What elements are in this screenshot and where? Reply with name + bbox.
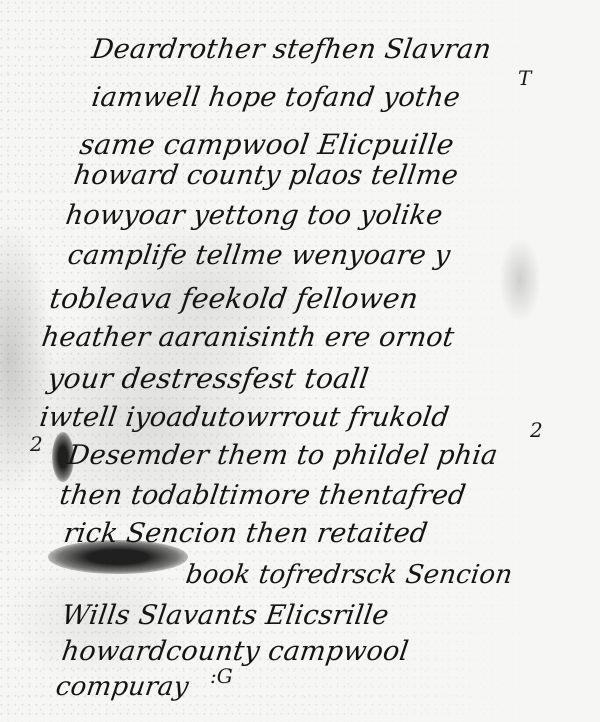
letter-line-16: howardcounty campwool <box>60 636 411 667</box>
left-margin-number: 2 <box>30 432 43 456</box>
letter-line-14: book tofredrsck Sencion <box>184 560 515 590</box>
signature-mark: :G <box>210 664 233 688</box>
letter-line-13: rick Sencion then retaited <box>62 518 430 549</box>
letter-line-4: howard county plaos tellme <box>72 160 460 191</box>
letter-line-2: iamwell hope tofand yothe <box>90 82 462 113</box>
letter-line-10: iwtell iyoadutowrrout frukold <box>38 402 451 433</box>
letter-line-15: Wills Slavants Elicsrille <box>60 600 391 631</box>
letter-line-6: camplife tellme wenyoare y <box>66 240 453 271</box>
letter-line-5: howyoar yettong too yolike <box>64 200 445 231</box>
scanned-letter-page: Deardrother stefhen Slavran T iamwell ho… <box>0 0 600 722</box>
letter-line-11: Desemder them to phildel phia <box>66 440 500 471</box>
letter-line-8: heather aaranisinth ere ornot <box>40 322 456 353</box>
top-right-mark: T <box>518 66 531 90</box>
letter-line-1: Deardrother stefhen Slavran <box>90 34 493 65</box>
letter-line-9: your destressfest toall <box>46 362 371 395</box>
letter-line-7: tobleava feekold fellowen <box>48 282 421 315</box>
letter-line-12: then todabltimore thentafred <box>58 480 468 511</box>
letter-line-17: compuray <box>54 672 191 702</box>
right-margin-number: 2 <box>530 418 543 442</box>
letter-line-3: same campwool Elicpuille <box>78 128 456 161</box>
